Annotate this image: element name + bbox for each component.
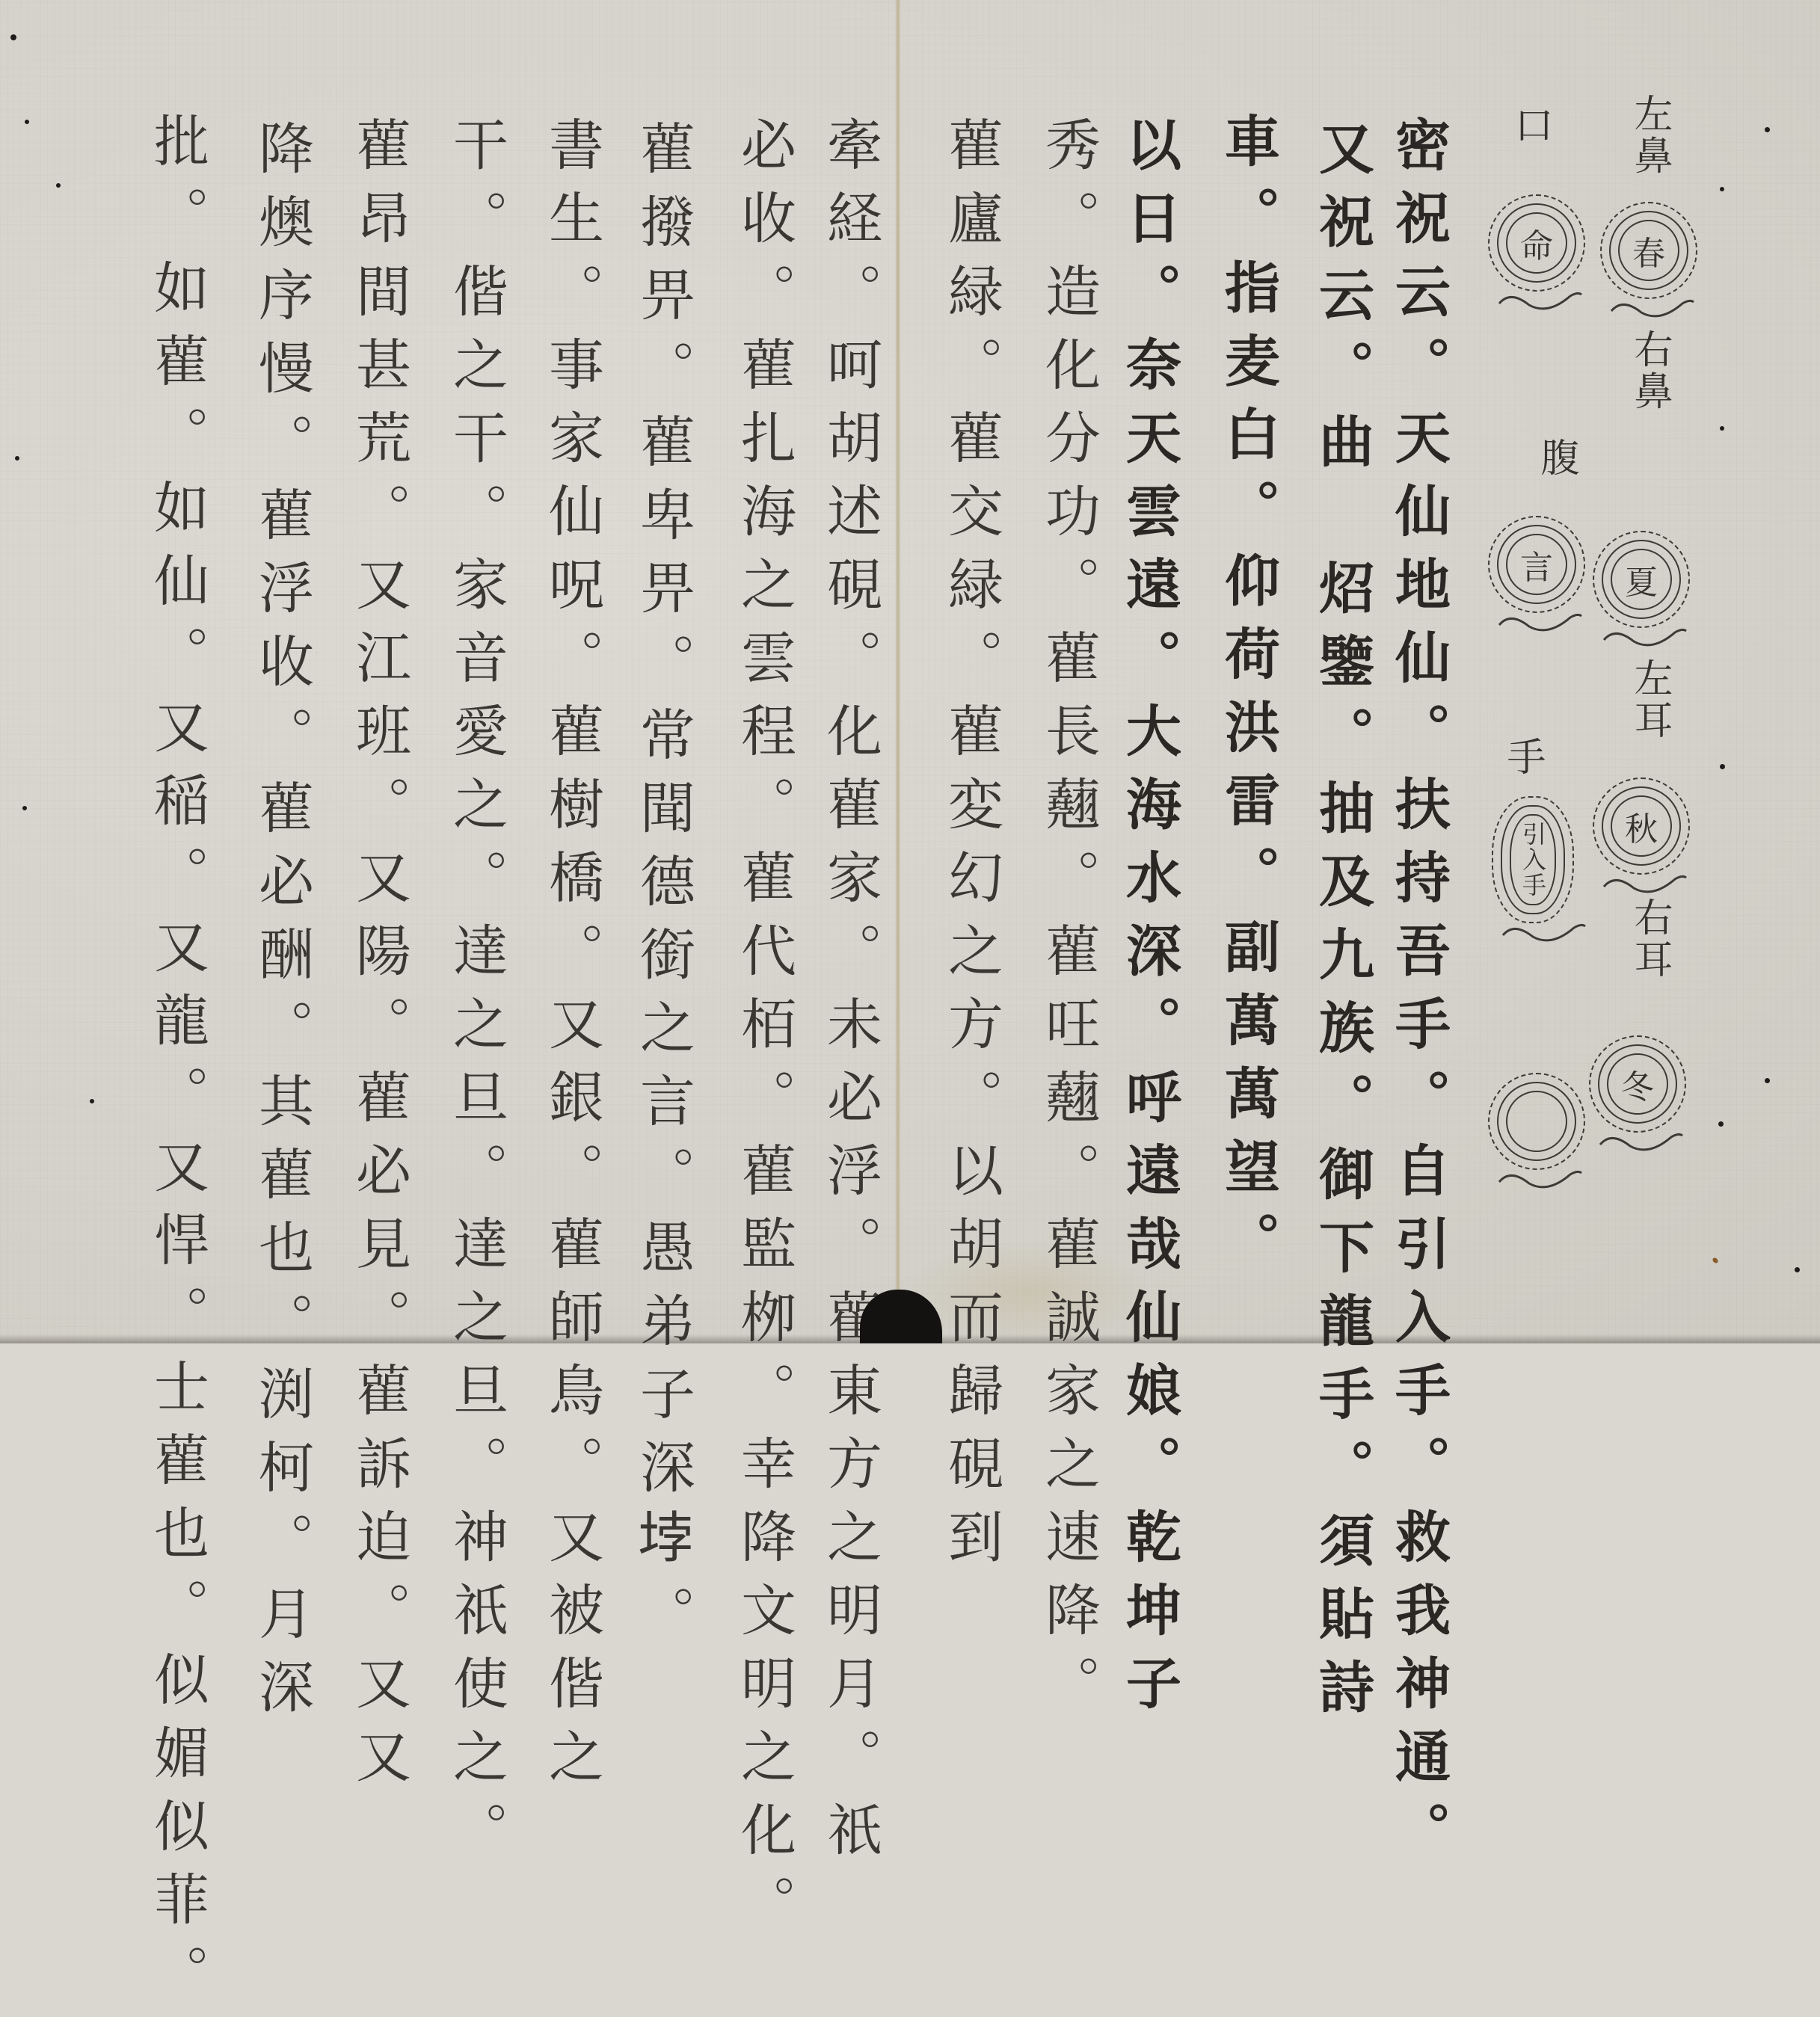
- text-column: 以日。奈天雲遠。大海水深。呼遠哉仙娘。乾坤子: [1122, 116, 1177, 1343]
- seal-ming: 命: [1488, 194, 1585, 292]
- text-column: 雚昂間甚荒。又江班。又陽。雚必見。雚訴迫。又又: [351, 116, 407, 1343]
- center-fold-line: [896, 0, 900, 1343]
- label-left-ear: 左耳: [1630, 658, 1669, 742]
- seal-chun: 春: [1600, 202, 1697, 299]
- text-column: 書生。事家仙呪。雚樹橋。又銀。雚師鳥。又被偕之: [544, 116, 600, 1343]
- text-column: 批。如雚。如仙。又稲。又龍。又悍。士雚也。似媚似菲。: [150, 112, 205, 1343]
- seal-xia: 夏: [1593, 531, 1690, 628]
- text-column: 秀。造化分功。雚長𧄍。雚㕵𧄍。雚誠家之速降。: [1041, 116, 1096, 1343]
- text-column: 車。指麦白。仰荷洪雷。副萬萬望。: [1220, 112, 1276, 1284]
- seal-dong: 冬: [1589, 1035, 1686, 1133]
- text-column: 牽経。呵胡述硯。化雚家。未必浮。雚東方之明月。祇: [823, 116, 878, 1343]
- text-column: 雚廬緑。雚交緑。雚変幻之方。以胡而歸硯到: [944, 116, 999, 1343]
- label-right-nose: 右鼻: [1630, 329, 1669, 413]
- seal-yinrushou: 引入手: [1492, 796, 1574, 923]
- label-belly: 腹: [1537, 437, 1575, 479]
- text-column: 必收。雚扎海之雲程。雚代栢。雚監栁。幸降文明之化。: [737, 116, 792, 1343]
- label-hand: 手: [1503, 736, 1542, 778]
- seal-qiu: 秋: [1593, 777, 1690, 875]
- text-column: 密祝云。天仙地仙。扶持吾手。自引入手。救我神通。: [1391, 116, 1446, 1343]
- text-column: 雚撥畀。雚卑畀。常聞德銜之言。愚弟子深𡋯。: [636, 120, 691, 1343]
- seal-yan: 言: [1488, 516, 1585, 613]
- label-mouth: 口: [1510, 105, 1549, 147]
- label-left-nose: 左鼻: [1630, 93, 1669, 177]
- text-column: 降燠序慢。雚浮收。雚必酬。其雚也。渕柯。月深: [254, 120, 310, 1343]
- label-right-ear: 右耳: [1630, 897, 1669, 981]
- text-column: 又祝云。曲𢾏炤鑒。抽及九族。御下龍手。須貼詩: [1315, 120, 1370, 1343]
- text-column: 干。偕之干。家音愛之。達之旦。達之旦。神祇使之。: [449, 116, 504, 1343]
- seal-zhi: 𢪛: [1488, 1073, 1585, 1170]
